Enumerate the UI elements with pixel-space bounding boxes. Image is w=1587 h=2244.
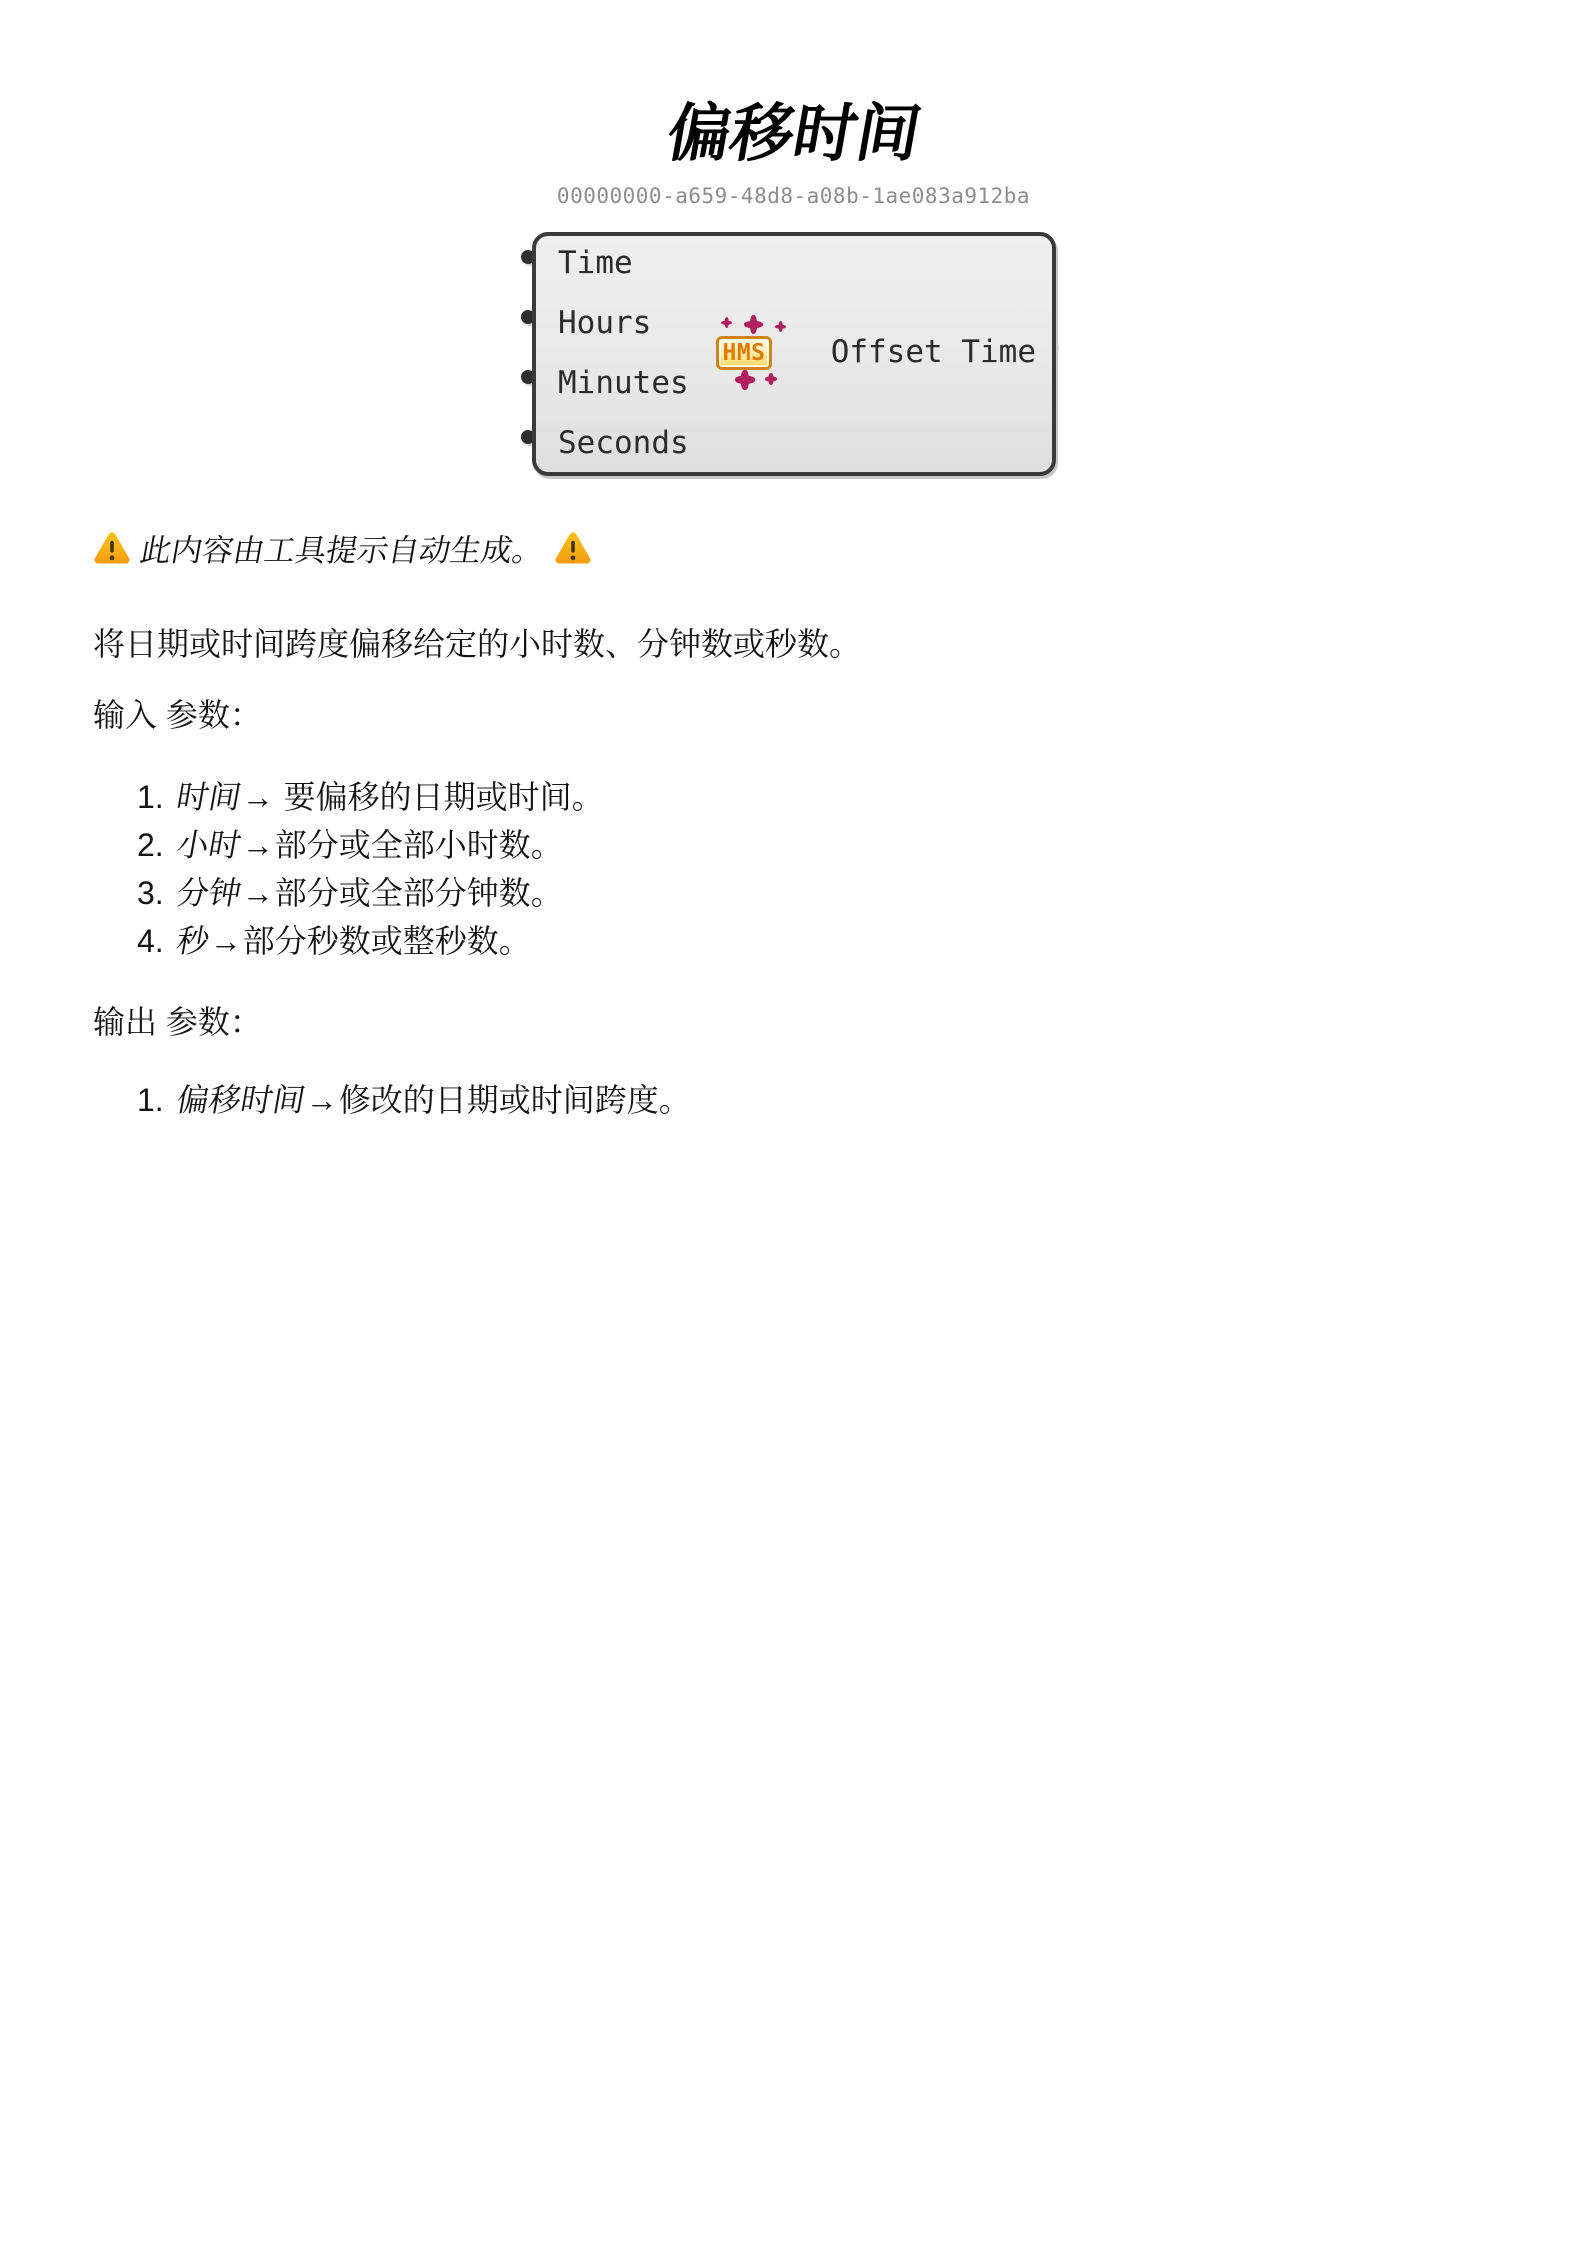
hms-icon: HMS — [700, 310, 804, 402]
hms-badge: HMS — [716, 336, 772, 370]
arrow-icon: → — [241, 827, 275, 863]
arrow-icon: → — [305, 1082, 339, 1118]
param-term: 分钟 — [172, 869, 244, 917]
list-item: 1.偏移时间→修改的日期或时间跨度。 — [137, 1076, 691, 1124]
input-label-time: Time — [558, 243, 633, 283]
param-desc: 部分秒数或整秒数。 — [243, 923, 531, 959]
param-desc: 部分或全部小时数。 — [275, 827, 563, 863]
plus-icon — [744, 315, 763, 334]
component-body: Time Hours Minutes Seconds HMS Offset Ti… — [532, 232, 1056, 476]
list-item: 4.秒→部分秒数或整秒数。 — [137, 917, 604, 965]
arrow-icon: → — [209, 923, 243, 959]
input-label-seconds: Seconds — [558, 423, 689, 463]
param-desc: 修改的日期或时间跨度。 — [339, 1082, 691, 1118]
list-item: 2.小时→部分或全部小时数。 — [137, 821, 604, 869]
param-term: 时间 — [172, 773, 244, 821]
plus-icon — [735, 370, 755, 390]
auto-generated-notice: 此内容由工具提示自动生成。 — [93, 524, 592, 570]
component-description: 将日期或时间跨度偏移给定的小时数、分钟数或秒数。 — [93, 622, 861, 666]
list-item: 3.分钟→部分或全部分钟数。 — [137, 869, 604, 917]
input-label-hours: Hours — [558, 303, 651, 343]
list-item: 1.时间→ 要偏移的日期或时间。 — [137, 773, 604, 821]
outputs-list: 1.偏移时间→修改的日期或时间跨度。 — [137, 1076, 691, 1124]
inputs-list: 1.时间→ 要偏移的日期或时间。 2.小时→部分或全部小时数。 3.分钟→部分或… — [137, 773, 604, 965]
plus-icon — [721, 317, 732, 328]
inputs-heading: 输入 参数： — [93, 693, 262, 737]
param-term: 偏移时间 — [172, 1076, 308, 1124]
param-term: 秒 — [172, 917, 212, 965]
input-label-minutes: Minutes — [558, 363, 689, 403]
arrow-icon: → — [241, 875, 275, 911]
plus-icon — [765, 373, 777, 385]
warning-icon — [554, 530, 592, 564]
notice-text: 此内容由工具提示自动生成。 — [137, 525, 548, 570]
page-title: 偏移时间 — [0, 100, 1587, 168]
param-desc: 要偏移的日期或时间。 — [275, 779, 604, 815]
arrow-icon: → — [241, 779, 275, 815]
output-label: Offset Time — [831, 332, 1036, 372]
warning-icon — [93, 530, 131, 564]
outputs-heading: 输出 参数： — [93, 1000, 262, 1044]
plus-icon — [775, 321, 786, 332]
param-term: 小时 — [172, 821, 244, 869]
document-page: 偏移时间 00000000-a659-48d8-a08b-1ae083a912b… — [0, 0, 1587, 2244]
component-uuid: 00000000-a659-48d8-a08b-1ae083a912ba — [0, 182, 1587, 210]
param-desc: 部分或全部分钟数。 — [275, 875, 563, 911]
